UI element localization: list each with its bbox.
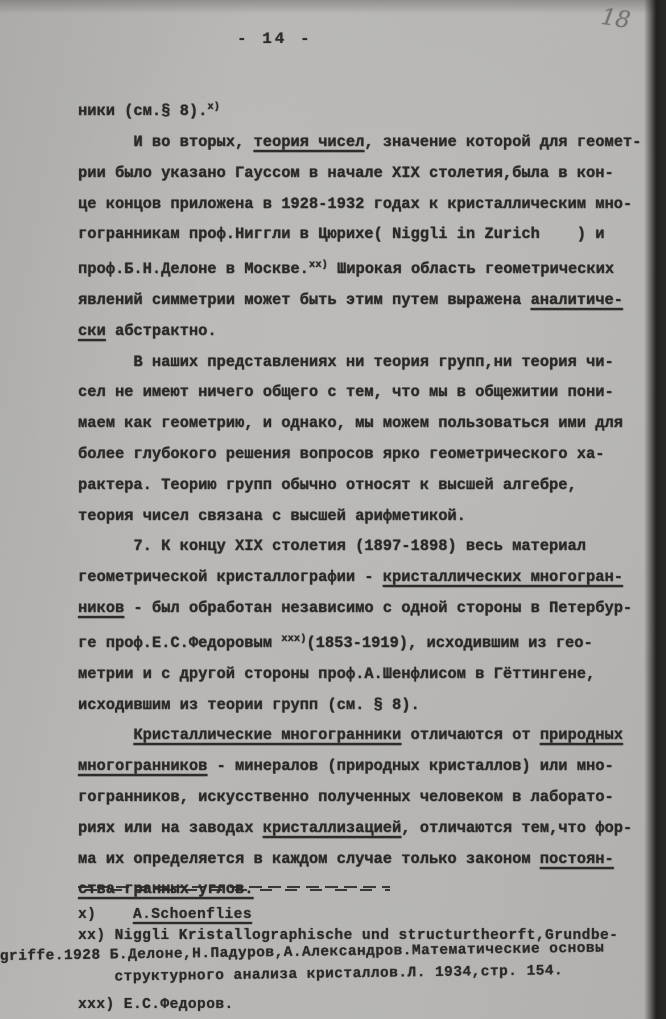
text-segment: сел не имеют ничего общего с тем, что мы… [78,383,614,401]
text-line: xxx) Е.С.Федоров. [78,995,664,1016]
underlined-text: кристаллизацией [263,819,402,837]
text-line: x) A.Schoenflies [78,905,664,926]
underlined-text: ников [78,599,124,617]
footnote-reference-superscript: xxx) [281,633,306,645]
underlined-text: кристаллических многогран- [383,568,623,586]
text-line: 7. К концу XIX столетия (1897-1898) весь… [78,531,664,562]
underlined-text: A.Schoenflies [133,907,252,923]
text-line: сел не имеют ничего общего с тем, что мы… [78,377,664,408]
text-segment: , отличаются тем,что фор- [401,819,632,837]
text-line: ники (см.§ 8).x) [78,92,664,127]
text-line: риях или на заводах кристаллизацией, отл… [78,813,664,844]
text-line: рии было указано Гауссом в начале XIX ст… [78,158,664,189]
text-line: явлений симметрии может быть этим путем … [78,285,664,316]
text-segment [78,726,133,744]
text-segment: 7. К концу XIX столетия (1897-1898) весь… [78,537,586,555]
text-segment: ма их определяется в каждом случае тольк… [78,850,540,868]
underlined-text: постоян- [540,850,614,868]
text-segment: отличаются от [401,726,540,744]
text-line: геометрической кристаллографии - кристал… [78,562,664,593]
text-line: ге проф.Е.С.Федоровым xxx)(1853-1919), и… [78,624,664,659]
text-segment: гогранникам проф.Ниггли в Цюрихе( Niggli… [78,225,604,243]
text-segment: x) [78,907,133,923]
scan-top-shadow [0,0,666,14]
text-segment: риях или на заводах [78,819,263,837]
text-line: теория чисел связана с высшей арифметико… [78,501,664,532]
text-segment: Широкая область геометрических [328,260,614,278]
text-line: Кристаллические многогранники отличаются… [78,720,664,751]
text-line: рактера. Теорию групп обычно относят к в… [78,470,664,501]
text-segment: геометрической кристаллографии - [78,568,383,586]
text-segment: В наших представлениях ни теория групп,н… [78,353,614,371]
text-line: гогранникам проф.Ниггли в Цюрихе( Niggli… [78,219,664,250]
text-line: многогранников - минералов (природных кр… [78,751,664,782]
text-line: более глубокого решения вопросов ярко ге… [78,439,664,470]
text-segment: метрии и с другой стороны проф.А.Шенфлис… [78,665,595,683]
text-segment: xxx) Е.С.Федоров. [78,997,234,1013]
text-line: исходившим из теории групп (см. § 8). [78,690,664,721]
underlined-text: Кристаллические многогранники [133,726,401,744]
footnote-divider [78,886,390,891]
text-line: проф.Б.Н.Делоне в Москве.xx) Широкая обл… [78,250,664,285]
text-segment: структурного анализа кристаллов.Л. 1934,… [78,963,564,986]
text-segment: теория чисел связана с высшей арифметико… [78,507,466,525]
scan-edge-shadow [644,0,666,1019]
text-segment: проф.Б.Н.Делоне в Москве. [78,260,309,278]
text-segment: явлений симметрии может быть этим путем … [78,291,531,309]
text-segment: - минералов (природных кристаллов) или м… [207,757,613,775]
underlined-text: ски [78,322,106,340]
text-segment: И во вторых, [78,133,253,151]
text-line: маем как геометрию, и однако, мы можем п… [78,408,664,439]
text-line: ников - был обработан независимо с одной… [78,593,664,624]
text-segment: ники (см.§ 8). [78,102,207,120]
underlined-text: теория чисел [253,133,364,151]
text-line: И во вторых, теория чисел, значение кото… [78,127,664,158]
text-segment: исходившим из теории групп (см. § 8). [78,696,420,714]
text-segment: рии было указано Гауссом в начале XIX ст… [78,164,614,182]
text-segment: маем как геометрию, и однако, мы можем п… [78,414,623,432]
handwritten-page-note: 18 [599,4,632,34]
scanned-document-page: - 14 - 18 ники (см.§ 8).x) И во вторых, … [0,0,666,1019]
text-segment: - был обработан независимо с одной сторо… [124,599,632,617]
page-number: - 14 - [237,30,313,48]
text-segment: (1853-1919), исходившим из гео- [306,634,592,652]
text-line: ски абстрактно. [78,316,664,347]
text-line: метрии и с другой стороны проф.А.Шенфлис… [78,659,664,690]
text-segment: , значение которой для геомет- [364,133,641,151]
underlined-text: природных [540,726,623,744]
footnote-reference-superscript: xx) [309,259,328,271]
text-segment: ге проф.Е.С.Федоровым [78,634,281,652]
text-line: це концов приложена в 1928-1932 годах к … [78,189,664,220]
footnotes: x) A.Schoenfliesxx) Niggli Kristallograp… [78,905,664,1016]
text-segment: рактера. Теорию групп обычно относят к в… [78,476,577,494]
underlined-text: аналитиче- [531,291,623,309]
document-body: ники (см.§ 8).x) И во вторых, теория чис… [78,92,664,905]
underlined-text: многогранников [78,757,207,775]
text-line: гогранников, искусственно полученных чел… [78,782,664,813]
text-segment: гогранников, искусственно полученных чел… [78,788,614,806]
footnote-reference-superscript: x) [207,101,220,113]
text-segment: более глубокого решения вопросов ярко ге… [78,445,604,463]
text-segment: це концов приложена в 1928-1932 годах к … [78,195,632,213]
text-line: ма их определяется в каждом случае тольк… [78,844,664,875]
text-segment: абстрактно. [106,322,217,340]
text-line: В наших представлениях ни теория групп,н… [78,347,664,378]
